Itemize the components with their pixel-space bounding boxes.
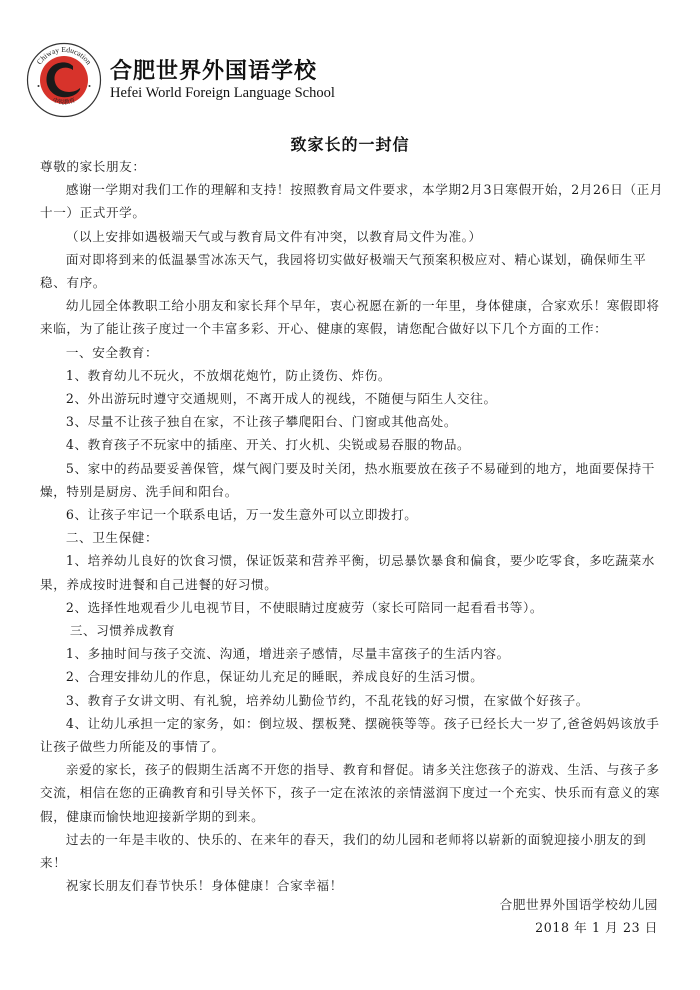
school-logo: Chiway Education 中锐教育 <box>26 42 102 118</box>
section-heading-habits: 三、习惯养成教育 <box>40 619 665 642</box>
signature-block: 合肥世界外国语学校幼儿园 2018 年 1 月 23 日 <box>500 893 658 939</box>
letterhead: Chiway Education 中锐教育 合肥世界外国语学校 Hefei Wo… <box>26 40 335 120</box>
list-item: 1、教育幼儿不玩火，不放烟花炮竹，防止烫伤、炸伤。 <box>40 364 665 387</box>
school-name-chinese: 合肥世界外国语学校 <box>110 58 335 84</box>
list-item: 3、教育子女讲文明、有礼貌，培养幼儿勤俭节约，不乱花钱的好习惯，在家做个好孩子。 <box>40 689 665 712</box>
list-item: 5、家中的药品要妥善保管，煤气阀门要及时关闭，热水瓶要放在孩子不易碰到的地方，地… <box>40 457 665 503</box>
section-heading-hygiene: 二、卫生保健： <box>40 526 665 549</box>
school-name-english: Hefei World Foreign Language School <box>110 85 335 102</box>
school-name-block: 合肥世界外国语学校 Hefei World Foreign Language S… <box>110 58 335 102</box>
closing-paragraph: 过去的一年是丰收的、快乐的、在来年的春天，我们的幼儿园和老师将以崭新的面貌迎接小… <box>40 828 665 874</box>
letter-body: 尊敬的家长朋友： 感谢一学期对我们工作的理解和支持！按照教育局文件要求，本学期2… <box>40 155 665 898</box>
list-item: 1、培养幼儿良好的饮食习惯，保证饭菜和营养平衡，切忌暴饮暴食和偏食，要少吃零食，… <box>40 549 665 595</box>
paragraph-schedule: 感谢一学期对我们工作的理解和支持！按照教育局文件要求，本学期2月3日寒假开始，2… <box>40 178 665 224</box>
list-item: 2、选择性地观看少儿电视节目，不使眼睛过度疲劳（家长可陪同一起看看书等）。 <box>40 596 665 619</box>
signature-organization: 合肥世界外国语学校幼儿园 <box>500 893 658 916</box>
list-item: 1、多抽时间与孩子交流、沟通，增进亲子感情，尽量丰富孩子的生活内容。 <box>40 642 665 665</box>
list-item: 3、尽量不让孩子独自在家，不让孩子攀爬阳台、门窗或其他高处。 <box>40 410 665 433</box>
section-heading-safety: 一、安全教育： <box>40 341 665 364</box>
paragraph-note: （以上安排如遇极端天气或与教育局文件有冲突，以教育局文件为准。） <box>40 225 665 248</box>
salutation: 尊敬的家长朋友： <box>40 155 665 178</box>
signature-date: 2018 年 1 月 23 日 <box>500 916 658 939</box>
list-item: 4、让幼儿承担一定的家务，如：倒垃圾、摆板凳、摆碗筷等等。孩子已经长大一岁了,爸… <box>40 712 665 758</box>
closing-paragraph: 亲爱的家长，孩子的假期生活离不开您的指导、教育和督促。请多关注您孩子的游戏、生活… <box>40 758 665 828</box>
chiway-education-logo-icon: Chiway Education 中锐教育 <box>26 42 102 118</box>
paragraph-weather: 面对即将到来的低温暴雪冰冻天气，我园将切实做好极端天气预案积极应对、精心谋划，确… <box>40 248 665 294</box>
list-item: 2、外出游玩时遵守交通规则，不离开成人的视线，不随便与陌生人交往。 <box>40 387 665 410</box>
list-item: 6、让孩子牢记一个联系电话，万一发生意外可以立即拨打。 <box>40 503 665 526</box>
list-item: 2、合理安排幼儿的作息，保证幼儿充足的睡眠，养成良好的生活习惯。 <box>40 665 665 688</box>
paragraph-greeting: 幼儿园全体教职工给小朋友和家长拜个早年，衷心祝愿在新的一年里，身体健康，合家欢乐… <box>40 294 665 340</box>
letter-title: 致家长的一封信 <box>0 132 700 155</box>
list-item: 4、教育孩子不玩家中的插座、开关、打火机、尖锐或易吞服的物品。 <box>40 433 665 456</box>
